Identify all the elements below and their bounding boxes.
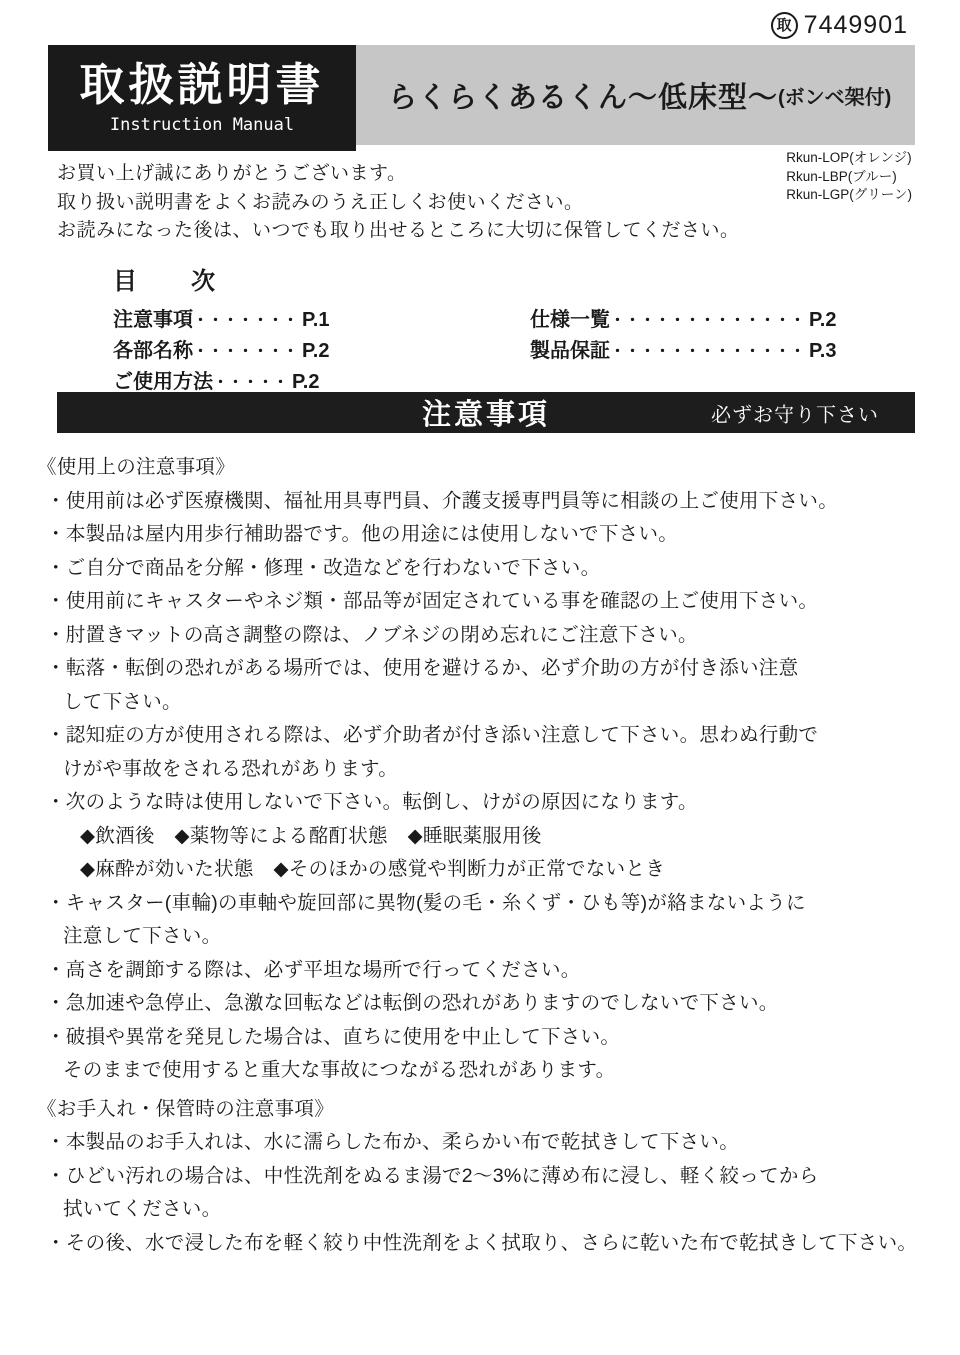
toc-item-label: 仕様一覧 [530,309,610,331]
bullet-line: ・破損や異常を発見した場合は、直ちに使用を中止して下さい。 [0,1021,960,1055]
toc-leader-dots: ・・・・・・・ [193,343,298,360]
bullet-continuation-line: けがや事故をされる恐れがあります。 [0,753,960,787]
bullet-continuation-line: して下さい。 [0,686,960,720]
bullet-line: ・急加速や急停止、急激な回転などは転倒の恐れがありますのでしないで下さい。 [0,987,960,1021]
bullet-line: ・キャスター(車輪)の車軸や旋回部に異物(髪の毛・糸くず・ひも等)が絡まないよう… [0,887,960,921]
manual-page: 取 7449901 取扱説明書 Instruction Manual らくらくあ… [0,0,960,1355]
toc-item-page: P.2 [809,309,836,331]
toc-leader-dots: ・・・・・・・ [193,312,298,329]
toc-grid: 注意事項・・・・・・・P.1各部名称・・・・・・・P.2ご使用方法・・・・・P.… [113,305,836,398]
product-name-band: らくらくあるくん～低床型～(ボンベ架付) [356,45,915,145]
toc-item: 注意事項・・・・・・・P.1 [113,305,530,336]
bullet-line: ・ご自分で商品を分解・修理・改造などを行わないで下さい。 [0,552,960,586]
model-code: Rkun-LBP(ブルー) [786,168,912,187]
bullet-line: ・使用前は必ず医療機関、福祉用具専門員、介護支援専門員等に相談の上ご使用下さい。 [0,485,960,519]
toc-item-page: P.2 [302,340,329,362]
doc-number: 取 7449901 [771,11,908,40]
greeting-line: お読みになった後は、いつでも取り出せるところに大切に保管してください。 [57,217,740,246]
caution-banner-title: 注意事項 [422,392,550,433]
bullet-continuation-line: そのままで使用すると重大な事故につながる恐れがあります。 [0,1054,960,1088]
bullet-line: ・肘置きマットの高さ調整の際は、ノブネジの閉め忘れにご注意下さい。 [0,619,960,653]
header: 取扱説明書 Instruction Manual らくらくあるくん～低床型～(ボ… [48,45,915,151]
bullet-line: ・使用前にキャスターやネジ類・部品等が固定されている事を確認の上ご使用下さい。 [0,585,960,619]
toc-leader-dots: ・・・・・・・・・・・・・ [610,312,805,329]
product-name: らくらくあるくん～低床型～ [388,75,778,116]
bullet-line: ・本製品は屋内用歩行補助器です。他の用途には使用しないで下さい。 [0,518,960,552]
toc-heading: 目 次 [113,261,836,296]
bullet-line: ・転落・転倒の恐れがある場所では、使用を避けるか、必ず介助の方が付き添い注意 [0,652,960,686]
toc-item-page: P.1 [302,309,329,331]
model-code: Rkun-LOP(オレンジ) [786,149,912,168]
sections: 《使用上の注意事項》・使用前は必ず医療機関、福祉用具専門員、介護支援専門員等に相… [0,451,960,1260]
toc-item: 製品保証・・・・・・・・・・・・・P.3 [530,336,836,367]
toc-item: 仕様一覧・・・・・・・・・・・・・P.2 [530,305,836,336]
model-code-list: Rkun-LOP(オレンジ) Rkun-LBP(ブルー) Rkun-LGP(グリ… [786,149,912,205]
bullet-line: ・高さを調節する際は、必ず平坦な場所で行ってください。 [0,954,960,988]
toc-item-page: P.3 [809,340,836,362]
toc-item-label: 各部名称 [113,340,193,362]
product-name-suffix: (ボンベ架付) [778,81,891,110]
toc-item-label: 製品保証 [530,340,610,362]
toc-item: 各部名称・・・・・・・P.2 [113,336,530,367]
bullet-line: ・認知症の方が使用される際は、必ず介助者が付き添い注意して下さい。思わぬ行動で [0,719,960,753]
bullet-continuation-line: 拭いてください。 [0,1193,960,1227]
greeting-paragraph: お買い上げ誠にありがとうございます。 取り扱い説明書をよくお読みのうえ正しくお使… [57,160,740,246]
bullet-line: ・次のような時は使用しないで下さい。転倒し、けがの原因になります。 [0,786,960,820]
circled-tori-mark: 取 [771,12,798,39]
bullet-line: ・その後、水で浸した布を軽く絞り中性洗剤をよく拭取り、さらに乾いた布で乾拭きして… [0,1227,960,1261]
model-code: Rkun-LGP(グリーン) [786,186,912,205]
toc-item-page: P.2 [292,371,319,393]
greeting-line: 取り扱い説明書をよくお読みのうえ正しくお使いください。 [57,189,740,218]
notice-section: 《使用上の注意事項》・使用前は必ず医療機関、福祉用具専門員、介護支援専門員等に相… [0,451,960,1088]
bullet-continuation-line: 注意して下さい。 [0,920,960,954]
notice-section: 《お手入れ・保管時の注意事項》・本製品のお手入れは、水に濡らした布か、柔らかい布… [0,1093,960,1261]
section-heading: 《使用上の注意事項》 [0,451,960,485]
diamond-row: ◆飲酒後 ◆薬物等による酩酊状態 ◆睡眠薬服用後 [0,820,960,854]
caution-banner: 注意事項 必ずお守り下さい [57,392,915,433]
toc-item-label: 注意事項 [113,309,193,331]
toc-column-right: 仕様一覧・・・・・・・・・・・・・P.2製品保証・・・・・・・・・・・・・P.3 [530,305,836,398]
page-title: 取扱説明書 [48,60,356,110]
diamond-row: ◆麻酔が効いた状態 ◆そのほかの感覚や判断力が正常でないとき [0,853,960,887]
caution-banner-note: 必ずお守り下さい [711,398,879,427]
greeting-line: お買い上げ誠にありがとうございます。 [57,160,740,189]
page-subtitle: Instruction Manual [48,115,356,135]
bullet-line: ・ひどい汚れの場合は、中性洗剤をぬるま湯で2～3%に薄め布に浸し、軽く絞ってから [0,1160,960,1194]
section-heading: 《お手入れ・保管時の注意事項》 [0,1093,960,1127]
toc-column-left: 注意事項・・・・・・・P.1各部名称・・・・・・・P.2ご使用方法・・・・・P.… [113,305,530,398]
doc-number-value: 7449901 [804,11,908,40]
toc-leader-dots: ・・・・・・・・・・・・・ [610,343,805,360]
toc-leader-dots: ・・・・・ [213,374,288,391]
header-title-box: 取扱説明書 Instruction Manual [48,45,356,151]
table-of-contents: 目 次 注意事項・・・・・・・P.1各部名称・・・・・・・P.2ご使用方法・・・… [113,261,836,398]
bullet-line: ・本製品のお手入れは、水に濡らした布か、柔らかい布で乾拭きして下さい。 [0,1126,960,1160]
toc-item-label: ご使用方法 [113,371,213,393]
